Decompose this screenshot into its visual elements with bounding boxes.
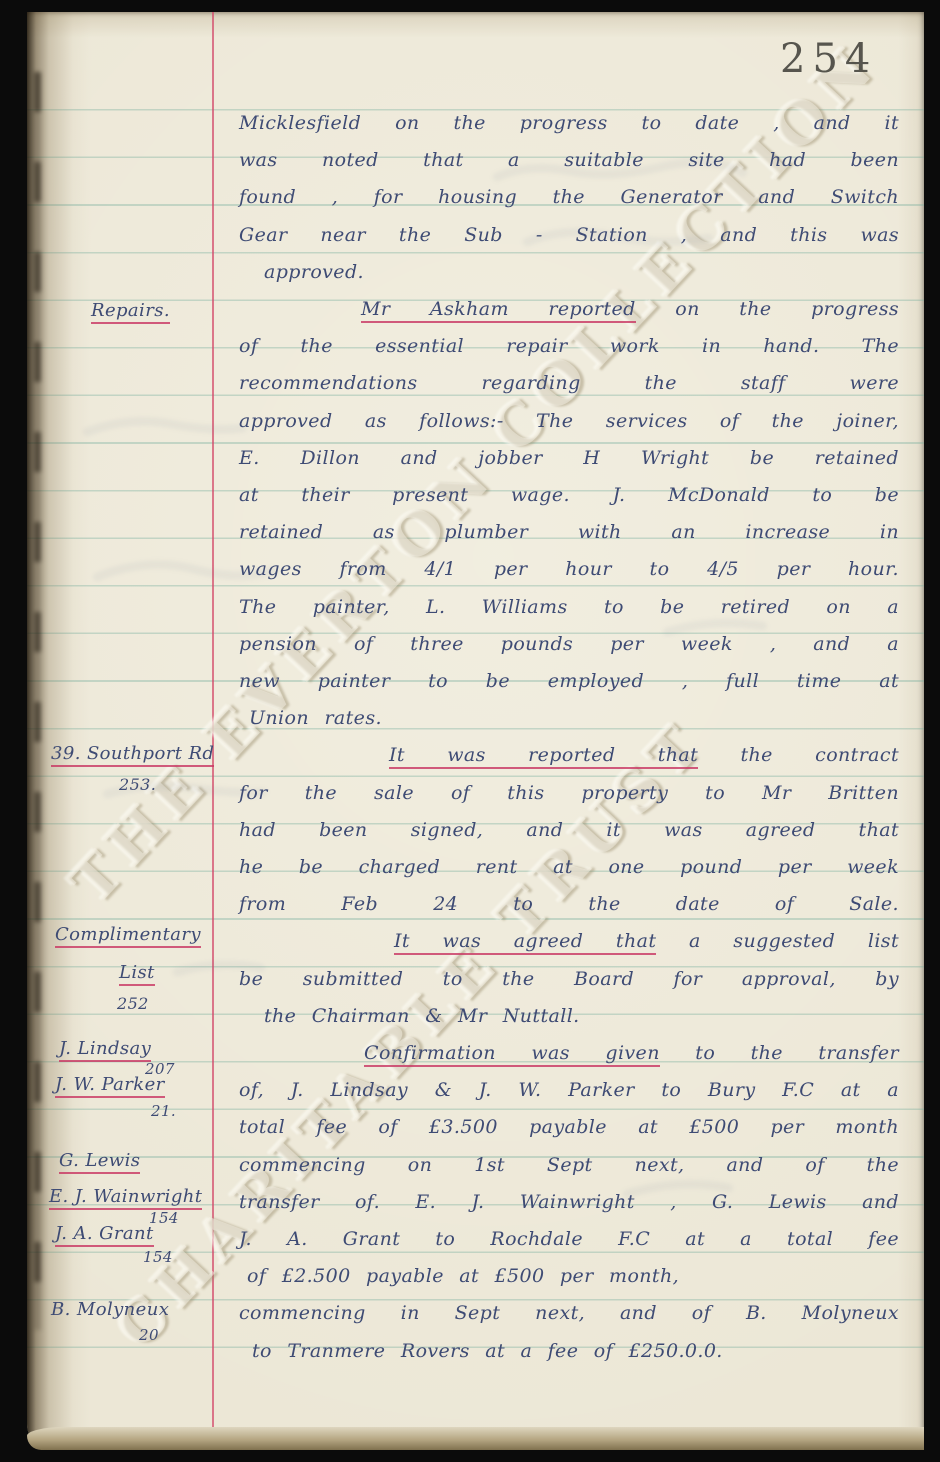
handwritten-line: E. Dillon and jobber H Wright be retaine… bbox=[239, 446, 899, 470]
handwritten-line: new painter to be employed , full time a… bbox=[239, 669, 899, 693]
handwritten-line: Confirmation was given to the transfer bbox=[364, 1041, 899, 1065]
margin-note: J. W. Parker bbox=[55, 1074, 165, 1098]
handwritten-line: was noted that a suitable site had been bbox=[239, 148, 899, 172]
margin-note: List bbox=[119, 962, 155, 986]
margin-ref-number: 20 bbox=[139, 1326, 159, 1344]
handwritten-line: total fee of £3.500 payable at £500 per … bbox=[239, 1115, 899, 1139]
handwritten-line: approved. bbox=[264, 260, 364, 284]
handwritten-line: It was agreed that a suggested list bbox=[394, 929, 899, 953]
handwritten-line: retained as plumber with an increase in bbox=[239, 520, 899, 544]
handwritten-line: be submitted to the Board for approval, … bbox=[239, 967, 899, 991]
handwritten-line: The painter, L. Williams to be retired o… bbox=[239, 595, 899, 619]
red-underlined-phrase: Mr Askham reported bbox=[361, 298, 636, 323]
handwritten-line: Mr Askham reported on the progress bbox=[361, 297, 899, 321]
handwritten-line: of, J. Lindsay & J. W. Parker to Bury F.… bbox=[239, 1078, 899, 1102]
handwritten-line: found , for housing the Generator and Sw… bbox=[239, 185, 899, 209]
red-underlined-phrase: It was agreed that bbox=[394, 930, 656, 955]
handwritten-line: approved as follows:- The services of th… bbox=[239, 409, 899, 433]
handwritten-line: commencing in Sept next, and of B. Molyn… bbox=[239, 1301, 899, 1325]
handwritten-line: Gear near the Sub - Station , and this w… bbox=[239, 223, 899, 247]
red-underlined-phrase: Confirmation was given bbox=[364, 1042, 660, 1067]
margin-note: Repairs. bbox=[91, 300, 170, 324]
handwritten-line: Union rates. bbox=[249, 706, 382, 730]
margin-note: 39. Southport Rd bbox=[51, 743, 214, 767]
handwritten-line: pension of three pounds per week , and a bbox=[239, 632, 899, 656]
handwritten-line: J. A. Grant to Rochdale F.C at a total f… bbox=[239, 1227, 899, 1251]
red-underlined-phrase: It was reported that bbox=[389, 744, 698, 769]
margin-ref-number: 252 bbox=[117, 994, 149, 1013]
handwritten-line: recommendations regarding the staff were bbox=[239, 371, 899, 395]
handwritten-line: commencing on 1st Sept next, and of the bbox=[239, 1153, 899, 1177]
handwritten-line: from Feb 24 to the date of Sale. bbox=[239, 892, 899, 916]
handwritten-line: wages from 4/1 per hour to 4/5 per hour. bbox=[239, 557, 899, 581]
handwritten-line: to Tranmere Rovers at a fee of £250.0.0. bbox=[252, 1339, 723, 1363]
handwritten-line: Micklesfield on the progress to date , a… bbox=[239, 111, 899, 135]
handwritten-line: at their present wage. J. McDonald to be bbox=[239, 483, 899, 507]
margin-note: G. Lewis bbox=[59, 1150, 140, 1174]
margin-note: B. Molyneux bbox=[51, 1299, 169, 1320]
margin-note: E. J. Wainwright bbox=[49, 1186, 202, 1210]
handwritten-line: It was reported that the contract bbox=[389, 743, 899, 767]
handwritten-line: for the sale of this property to Mr Brit… bbox=[239, 781, 899, 805]
handwritten-line: of £2.500 payable at £500 per month, bbox=[247, 1264, 679, 1288]
handwritten-line: he be charged rent at one pound per week bbox=[239, 855, 899, 879]
margin-ref-number: 154 bbox=[143, 1248, 173, 1266]
handwritten-line: had been signed, and it was agreed that bbox=[239, 818, 899, 842]
margin-note: J. Lindsay bbox=[59, 1038, 151, 1062]
scan-background: { "page": { "number": "254" }, "watermar… bbox=[0, 0, 940, 1462]
red-margin-line bbox=[212, 12, 214, 1450]
watermark-line-2: CHARITABLE TRUST bbox=[102, 707, 719, 1361]
page-number-stamp: 254 bbox=[780, 36, 877, 82]
margin-note: J. A. Grant bbox=[55, 1223, 154, 1247]
margin-ref-number: 253. bbox=[119, 775, 156, 794]
minute-book-page: THE EVERTON COLLECTION CHARITABLE TRUST … bbox=[27, 12, 924, 1450]
gutter-streak bbox=[34, 72, 41, 1330]
page-bottom-edge bbox=[27, 1427, 924, 1450]
handwritten-line: transfer of. E. J. Wainwright , G. Lewis… bbox=[239, 1190, 899, 1214]
handwritten-line: the Chairman & Mr Nuttall. bbox=[264, 1004, 580, 1028]
handwritten-line: of the essential repair work in hand. Th… bbox=[239, 334, 899, 358]
margin-note: Complimentary bbox=[55, 924, 201, 948]
margin-ref-number: 21. bbox=[151, 1102, 176, 1120]
